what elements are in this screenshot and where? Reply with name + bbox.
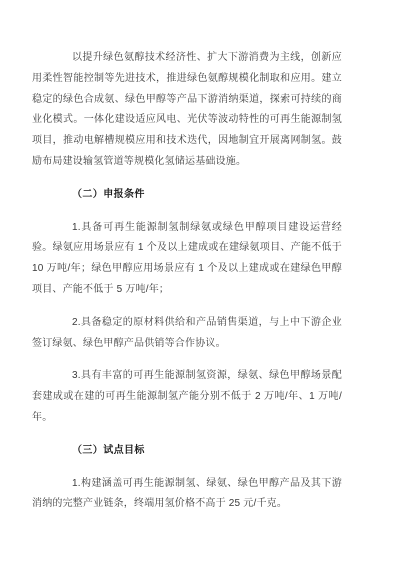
intro-paragraph: 以提升绿色氨醇技术经济性、扩大下游消费为主线，创新应用柔性智能控制等先进技术，推… (32, 48, 342, 173)
application-condition-item-1: 1.具备可再生能源制氢制绿氨或绿色甲醇项目建设运营经验。绿氨应用场景应有 1 个… (32, 218, 342, 301)
application-condition-item-2: 2.具备稳定的原材料供给和产品销售渠道，与上中下游企业签订绿氨、绿色甲醇产品供销… (32, 313, 342, 355)
application-condition-item-3: 3.具有丰富的可再生能源制氢资源，绿氨、绿色甲醇场景配套建成或在建的可再生能源制… (32, 366, 342, 428)
document-page: 以提升绿色氨醇技术经济性、扩大下游消费为主线，创新应用柔性智能控制等先进技术，推… (0, 0, 400, 565)
goal-item-1: 1.构建涵盖可再生能源制氢、绿氨、绿色甲醇产品及其下游消纳的完整产业链条，终端用… (32, 474, 342, 516)
section-application-heading: （二）申报条件 (32, 185, 342, 206)
section-goals-heading: （三）试点目标 (32, 441, 342, 462)
